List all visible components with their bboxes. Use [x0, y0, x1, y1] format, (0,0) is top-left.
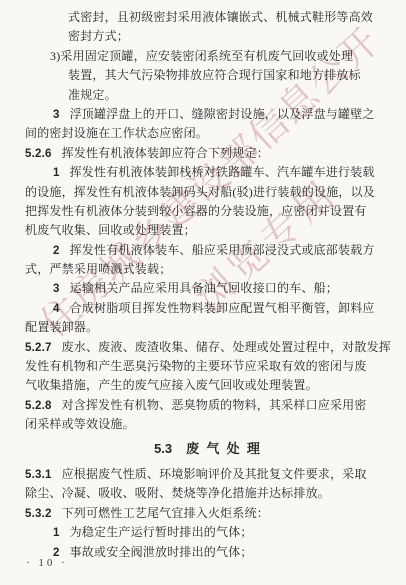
page-number: · 10 ·	[26, 557, 68, 569]
text-line: 3)采用固定顶罐，应安装密闭系统至有机废气回收或处理	[25, 47, 391, 66]
clause-number: 3	[53, 283, 60, 295]
clause-number: 5.3.1	[25, 469, 52, 481]
text-line: 2事故或安全阀泄放时排出的气体；	[25, 543, 391, 562]
document-page: 住房城乡建设部信息公开 浏览专用 式密封，且初级密封采用液体镶嵌式、机械式鞋形等…	[0, 0, 406, 585]
text-line: 1为稳定生产运行暂时排出的气体；	[25, 523, 391, 542]
text-line: 3浮顶罐浮盘上的开口、缝隙密封设施，以及浮盘与罐壁之	[25, 105, 391, 124]
clause-number: 5.3.2	[25, 508, 52, 520]
clause-number: 3	[53, 109, 60, 121]
text-line: 闭采样或等效设施。	[25, 415, 391, 434]
clause-number: 5.2.7	[25, 342, 52, 354]
text-line: 式，严禁采用喷溅式装载；	[25, 260, 391, 279]
section-heading-number: 5.3	[154, 441, 172, 456]
text-line: 1挥发性有机液体装卸栈桥对铁路罐车、汽车罐车进行装载	[25, 163, 391, 182]
text-line: 把挥发性有机液体分装到较小容器的分装设施，应密闭并设置有	[25, 202, 391, 221]
text-line: 发性有机物和产生恶臭污染物的主要环节应采取有效的密闭与废	[25, 357, 391, 376]
text-line: 除尘、冷凝、吸收、吸附、焚烧等净化措施并达标排放。	[25, 484, 391, 503]
text-line: 准规定。	[25, 86, 391, 105]
page-text: 式密封，且初级密封采用液体镶嵌式、机械式鞋形等高效密封方式；3)采用固定顶罐，应…	[25, 8, 391, 562]
clause-number: 1	[53, 167, 60, 179]
clause-number: 2	[53, 245, 60, 257]
clause-number: 5.2.6	[25, 148, 52, 160]
text-line: 式密封，且初级密封采用液体镶嵌式、机械式鞋形等高效	[25, 8, 391, 27]
clause-number: 1	[53, 527, 60, 539]
section-heading: 5.3废 气 处 理	[25, 439, 391, 458]
text-line: 配置装卸器。	[25, 318, 391, 337]
text-line: 的设施，挥发性有机液体装卸码头对船(驳)进行装载的设施，以及	[25, 183, 391, 202]
text-line: 5.3.1应根据废气性质、环境影响评价及其批复文件要求，采取	[25, 465, 391, 484]
text-line: 2挥发性有机液体装车、船应采用顶部浸没式或底部装载方	[25, 241, 391, 260]
text-line: 间的密封设施在工作状态应密闭。	[25, 124, 391, 143]
text-line: 密封方式；	[25, 27, 391, 46]
text-line: 5.3.2下列可燃性工艺尾气宜排入火炬系统：	[25, 504, 391, 523]
section-heading-title: 废 气 处 理	[186, 441, 262, 456]
text-line: 4合成树脂项目挥发性物料装卸应配置气相平衡管，卸料应	[25, 299, 391, 318]
text-line: 3运输相关产品应采用具备油气回收接口的车、船；	[25, 279, 391, 298]
text-line: 5.2.8对含挥发性有机物、恶臭物质的物料，其采样口应采用密	[25, 396, 391, 415]
text-line: 装置，其大气污染物排放应符合现行国家和地方排放标	[25, 66, 391, 85]
text-line: 5.2.6挥发性有机液体装卸应符合下列规定：	[25, 144, 391, 163]
text-line: 气收集措施，产生的废气应接入废气回收或处理装置。	[25, 376, 391, 395]
clause-number: 5.2.8	[25, 400, 52, 412]
text-line: 5.2.7废水、废液、废渣收集、储存、处理或处置过程中，对散发挥	[25, 338, 391, 357]
clause-number: 4	[53, 303, 60, 315]
text-line: 机废气收集、回收或处理装置；	[25, 221, 391, 240]
